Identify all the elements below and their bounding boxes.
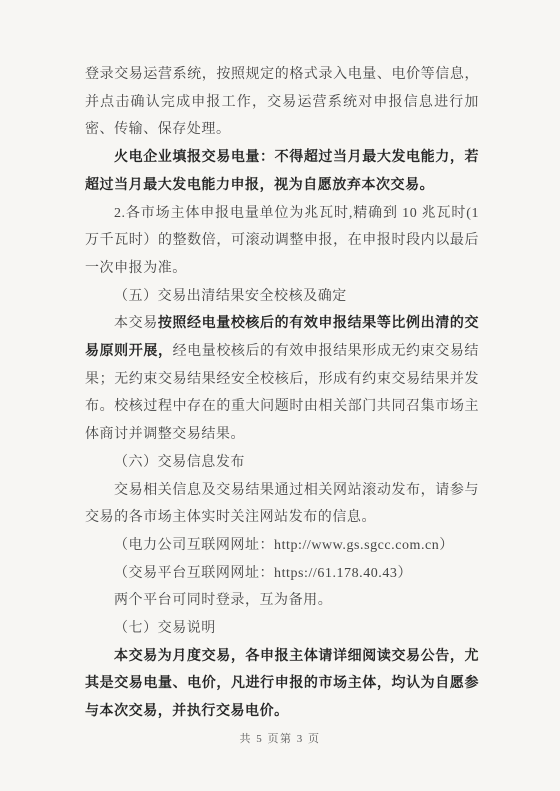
document-body: 登录交易运营系统，按照规定的格式录入电量、电价等信息，并点击确认完成申报工作，交…	[85, 61, 479, 726]
paragraph: 两个平台可同时登录，互为备用。	[85, 587, 479, 615]
bold-text-run: 本交易为月度交易，各申报主体请详细阅读交易公告，尤其是交易电量、电价，凡进行申报…	[85, 649, 479, 719]
page-number: 共 5 页第 3 页	[240, 733, 321, 745]
paragraph: 火电企业填报交易电量：不得超过当月最大发电能力，若超过当月最大发电能力申报，视为…	[85, 144, 479, 199]
text-run: （六）交易信息发布	[114, 455, 245, 470]
text-run: （交易平台互联网网址：https://61.178.40.43）	[114, 566, 412, 581]
paragraph: 交易相关信息及交易结果通过相关网站滚动发布，请参与交易的各市场主体实时关注网站发…	[85, 477, 479, 532]
paragraph: 登录交易运营系统，按照规定的格式录入电量、电价等信息，并点击确认完成申报工作，交…	[85, 61, 479, 144]
paragraph: 本交易为月度交易，各申报主体请详细阅读交易公告，尤其是交易电量、电价，凡进行申报…	[85, 643, 479, 726]
paragraph: 2.各市场主体申报电量单位为兆瓦时,精确到 10 兆瓦时(1 万千瓦时）的整数倍…	[85, 200, 479, 283]
page-footer: 共 5 页第 3 页	[0, 730, 560, 746]
paragraph: （七）交易说明	[85, 615, 479, 643]
text-run: 本交易	[114, 316, 158, 331]
text-run: 2.各市场主体申报电量单位为兆瓦时,精确到 10 兆瓦时(1 万千瓦时）的整数倍…	[85, 206, 479, 276]
bold-text-run: 火电企业填报交易电量：不得超过当月最大发电能力，若超过当月最大发电能力申报，视为…	[85, 150, 479, 193]
paragraph: （五）交易出清结果安全校核及确定	[85, 283, 479, 311]
paragraph: （电力公司互联网网址：http://www.gs.sgcc.com.cn）	[85, 532, 479, 560]
document-page: 登录交易运营系统，按照规定的格式录入电量、电价等信息，并点击确认完成申报工作，交…	[0, 0, 560, 791]
paragraph: （交易平台互联网网址：https://61.178.40.43）	[85, 560, 479, 588]
text-run: （电力公司互联网网址：http://www.gs.sgcc.com.cn）	[114, 538, 454, 553]
text-run: （五）交易出清结果安全校核及确定	[114, 289, 347, 304]
text-run: 交易相关信息及交易结果通过相关网站滚动发布，请参与交易的各市场主体实时关注网站发…	[85, 483, 479, 526]
text-run: 登录交易运营系统，按照规定的格式录入电量、电价等信息，并点击确认完成申报工作，交…	[85, 67, 479, 137]
paragraph: 本交易按照经电量校核后的有效申报结果等比例出清的交易原则开展，经电量校核后的有效…	[85, 310, 479, 449]
text-run: （七）交易说明	[114, 621, 216, 636]
paragraph: （六）交易信息发布	[85, 449, 479, 477]
text-run: 两个平台可同时登录，互为备用。	[114, 593, 332, 608]
